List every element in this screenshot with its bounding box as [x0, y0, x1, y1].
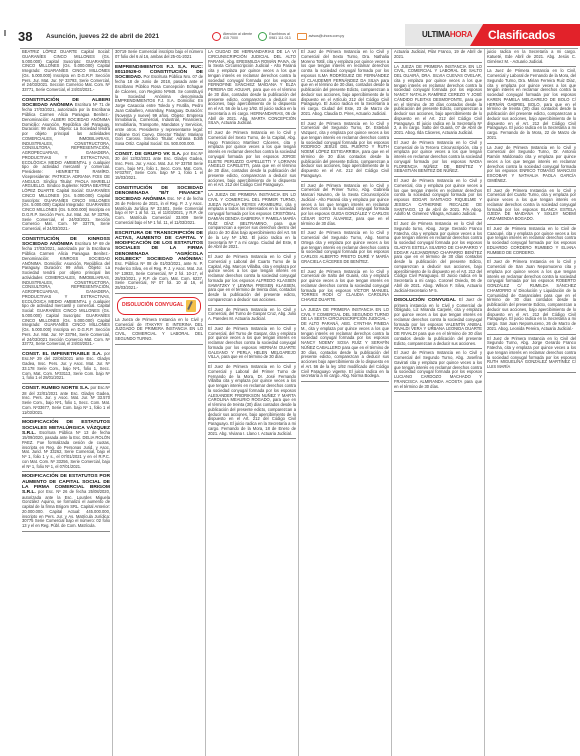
phone-icon: [212, 32, 221, 41]
ad-body: Escritura Nº 71 de fecha 17/03/2021, aut…: [22, 102, 110, 231]
classified-ad: juicio radica en la Secretaría a mi carg…: [487, 50, 576, 67]
classified-ad: El Juez de Primera Instancia en lo Civil…: [301, 231, 389, 267]
issue-date: Asunción, jueves 22 de abril de 2021: [46, 33, 206, 40]
whatsapp-icon: [258, 32, 267, 41]
column-5: Actuaria Judicial, Pilar Franco, 19 de A…: [392, 49, 485, 756]
classified-ad: El Juez de Primera Instancia en lo Civil…: [301, 270, 389, 306]
ad-body: El Juez de Primera Instancia en lo Civil…: [208, 307, 296, 322]
classifieds-columns: BEATRIZ LÓPEZ DUARTE Capital Social: GUA…: [20, 48, 578, 756]
ad-body: El Juez de Primera Instancia en lo Civil…: [394, 178, 482, 216]
page-header: 38 Asunción, jueves 22 de abril de 2021 …: [18, 26, 578, 46]
classified-ad: El Juez de Primera Instancia en lo Civil…: [301, 50, 389, 120]
ad-body: El Juez de Primera Instancia en lo Civil…: [487, 188, 576, 222]
ad-body: Actuaria Judicial, Pilar Franco, 19 de A…: [394, 49, 482, 59]
classified-ad: El Juez de Primera Instancia en lo Civil…: [208, 327, 296, 363]
ad-body: 30719 Serie Comercial inscripto bajo el …: [115, 49, 203, 59]
newspaper-page: ULTIMAHORA Clasificados 38 Asunción, jue…: [0, 0, 580, 756]
classified-ad: La Juez de Primera Instancia en lo Civil…: [487, 69, 576, 143]
classified-ad: El Juez de Primera Instancia en lo Civil…: [394, 141, 482, 177]
classified-ad: CONST. EL IMPENETRABLE S.A. por Esc.Nº 2…: [22, 352, 110, 384]
contact-phone[interactable]: Atención al cliente415 7000: [212, 32, 252, 41]
ad-body: El Juez de Primera Instancia en lo Civil…: [301, 121, 389, 178]
section-banner-disolucion-conyugal: DISOLUCIÓN CONYUGAL: [117, 297, 201, 315]
ad-body: por Esc.Nº 28 del 22/01/2021 ante Esc. G…: [22, 385, 110, 414]
classified-ad: El Juez de Primera Instancia en lo Civil…: [394, 222, 482, 296]
envelope-icon: [297, 33, 307, 40]
ad-body: El Juez de Primera Instancia en lo Civil…: [487, 226, 576, 255]
classified-ad: El Juez de Primera Instancia en lo Civil…: [487, 227, 576, 259]
ad-body: El Juez de Primera Instancia en lo Civil…: [301, 269, 389, 303]
classified-ad: BEATRIZ LÓPEZ DUARTE Capital Social: GUA…: [22, 50, 110, 96]
ad-body: El Juez de Primera Instancia en lo Civil…: [394, 221, 482, 293]
ad-body: El Juez de Primera Instancia en lo Civil…: [394, 350, 482, 388]
classified-ad: El Juez de Primera Instancia en lo Civil…: [208, 308, 296, 325]
ad-body: Esc. Pública Nº 08 de 01/03/2021, ante N…: [115, 261, 203, 290]
column-1: BEATRIZ LÓPEZ DUARTE Capital Social: GUA…: [20, 49, 113, 756]
ad-body: La Jueza de Primera Instancia en lo Civi…: [115, 317, 203, 341]
classified-ad: El Juez de Primera Instancia en lo Civil…: [487, 260, 576, 334]
ad-body: El Juez de Primera Instancia en lo Civil…: [487, 259, 576, 331]
classified-ad: ESCRITURA DE TRANSCRIPCIÓN DE ACTAS, AUM…: [115, 231, 203, 294]
ad-body: por Esc.Nº 29 del 22/06/2021 ante Esc. G…: [22, 351, 110, 380]
ad-body: El Juez de Primera Instancia en lo Civil…: [301, 230, 389, 264]
ad-body: El Juez de Primera Instancia en lo Civil…: [208, 364, 296, 436]
contact-whatsapp[interactable]: Escríbinos al0981 111 013: [258, 32, 290, 41]
ad-body: La Juez de Primera Instancia en lo Civil…: [487, 68, 576, 140]
page-number: 38: [18, 29, 42, 44]
classified-ad: CONST. DE GRUPO VK S.A. por Esc.Nº 30 de…: [115, 152, 203, 184]
classified-ad: DISOLUCIÓN CONYUGAL El Juez de primera i…: [394, 298, 482, 349]
classified-ad: El Juez de Primera Instancia en lo Civil…: [487, 189, 576, 225]
ad-body: BEATRIZ LÓPEZ DUARTE Capital Social: GUA…: [22, 49, 110, 92]
classified-ad: 30719 Serie Comercial inscripto bajo el …: [115, 50, 203, 63]
column-6: juicio radica en la Secretaría a mi carg…: [485, 49, 578, 756]
ad-body: Escritura Pública Nº 13 de fecha 15/09/2…: [22, 430, 110, 469]
ad-body: El Juez de Primera Instancia en lo Civil…: [301, 183, 389, 226]
ad-body: El Juez de Primera Instancia en lo Civil…: [487, 336, 576, 370]
ad-body: La Juez de Primera Instancia en lo Civil…: [487, 145, 576, 183]
classified-ad: LA JUEZA DE PRIMERA INSTANCIA EN LO CIVI…: [394, 65, 482, 139]
ad-body: Por Escritura Pública Nro. 07 de fecha 1…: [115, 74, 203, 146]
ad-body: LA JUEZA DE PRIMERA INSTANCIA EN LO CIVI…: [301, 307, 389, 379]
classified-ad: CONSTITUCIÓN DE SOCIEDAD DENOMINADA "B/T…: [115, 186, 203, 229]
classified-ad: El Juez de Primera Instancia en lo Civil…: [208, 131, 296, 191]
page-edge-mark: [4, 30, 6, 36]
classified-ad: LA JUEZA DE PRIMERA INSTANCIA EN LO CIVI…: [301, 308, 389, 382]
classified-ad: Actuaria Judicial, Pilar Franco, 19 de A…: [394, 50, 482, 63]
section-banner-label: DISOLUCIÓN CONYUGAL: [122, 303, 183, 308]
ad-body: Esc. Nº 4 de fecha 26 de Febrero de 2021…: [115, 196, 203, 225]
classified-ad: El Juez de Primera Instancia en lo Civil…: [394, 351, 482, 392]
classified-ad: La Jueza de Primera Instancia en lo Civi…: [115, 318, 203, 345]
classified-ad: El Juez de Primera Instancia en lo Civil…: [208, 365, 296, 439]
classified-ad: CONSTITUCIÓN DE KINROSS SOCIEDAD ANÓNIMA…: [22, 237, 110, 350]
column-2: 30719 Serie Comercial inscripto bajo el …: [113, 49, 206, 756]
ad-body: El Juez de primera instancia en lo Civil…: [394, 297, 482, 345]
classified-ad: La Juez de Primera Instancia en lo Civil…: [487, 146, 576, 187]
classified-ad: LA CIUDAD DE HERNANDARIAS DE LA VI CIRCU…: [208, 50, 296, 129]
classified-ad: El Juez de Primera Instancia en lo Civil…: [208, 255, 296, 306]
column-3: LA CIUDAD DE HERNANDARIAS DE LA VI CIRCU…: [206, 49, 299, 756]
ad-body: LA JUEZA DE PRIMERA INSTANCIA EN LO CIVI…: [394, 64, 482, 136]
classified-ad: CONST. RUMBO NORTE S.A. por Esc.Nº 28 de…: [22, 386, 110, 418]
classified-ad: MODIFICACIÓN DE ESTATUTOS POR AUMENTO DE…: [22, 474, 110, 531]
ad-body: LA CIUDAD DE HERNANDARIAS DE LA VI CIRCU…: [208, 49, 296, 125]
classified-ad: El Juez de Primera Instancia en lo Civil…: [394, 179, 482, 220]
ad-body: por Esc.Nº 30 del 12/02/2021 ante Esc. G…: [115, 151, 203, 180]
classified-ad: EMPRENDIMIENTOS F.J. S.A. RUC: 80110529-…: [115, 65, 203, 150]
classified-ad: LA JUEZA DE PRIMERA INSTANCIA EN LO CIVI…: [208, 193, 296, 253]
ad-body: El Juez de Primera Instancia en lo Civil…: [208, 254, 296, 302]
contact-value: 0981 111 013: [269, 36, 290, 40]
classified-ad: El Juez de Primera Instancia en lo Civil…: [487, 337, 576, 373]
contact-value: avisos@uhora.com.py: [309, 34, 345, 38]
ad-body: El Juez de Primera Instancia en lo Civil…: [394, 140, 482, 174]
contact-value: 415 7000: [223, 36, 252, 40]
ad-body: El Juez de Primera Instancia en lo Civil…: [301, 49, 389, 116]
ad-body: LA JUEZA DE PRIMERA INSTANCIA EN LO CIVI…: [208, 192, 296, 249]
pencil-note-icon: [186, 300, 196, 312]
classified-ad: MODIFICACIÓN DE ESTATUTOS SOCIALES METAL…: [22, 420, 110, 472]
ad-heading: ESCRITURA DE TRANSCRIPCIÓN DE ACTAS, AUM…: [115, 231, 203, 262]
ad-body: El Juez de Primera Instancia en lo Civil…: [208, 130, 296, 187]
column-4: El Juez de Primera Instancia en lo Civil…: [299, 49, 392, 756]
ad-body: juicio radica en la Secretaría a mi carg…: [487, 49, 576, 64]
ad-body: El Juez de Primera Instancia en lo Civil…: [208, 326, 296, 360]
classified-ad: El Juez de Primera Instancia en lo Civil…: [301, 122, 389, 182]
contact-email[interactable]: avisos@uhora.com.py: [297, 33, 345, 40]
classified-ad: El Juez de Primera Instancia en lo Civil…: [301, 184, 389, 230]
ad-body: Escritura Nº 69 de fecha 17/03/2021, aut…: [22, 241, 110, 346]
ad-body: por Esc. Nº 26 de fecha 25/08/2020, auto…: [22, 489, 110, 528]
classified-ad: CONSTITUCIÓN DE ALBERI SOCIEDAD ANÓNIMA …: [22, 98, 110, 235]
